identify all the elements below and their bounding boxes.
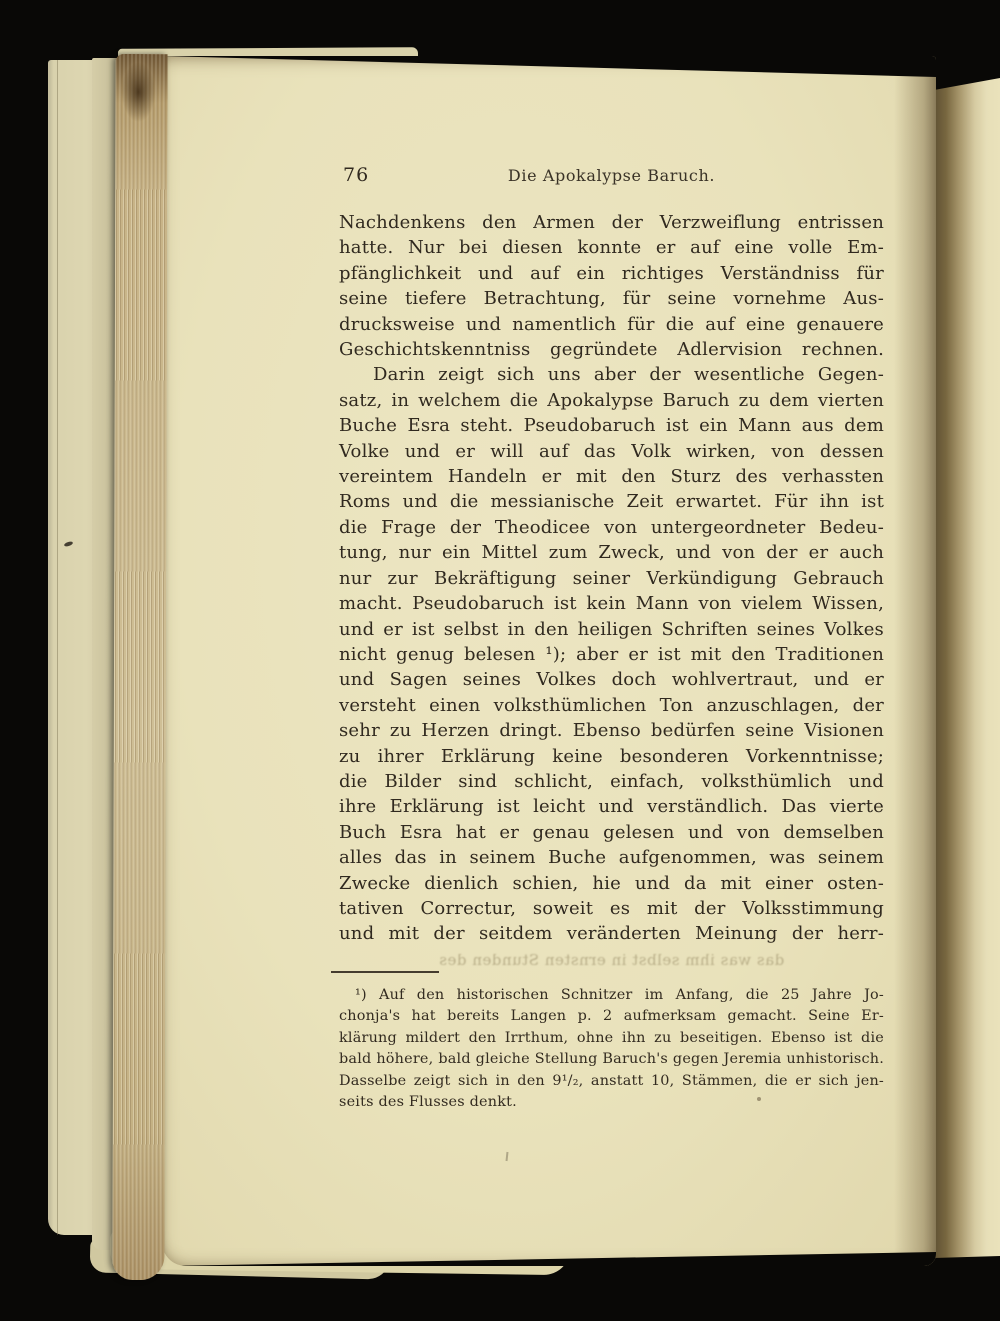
body-text-line: Geschichtskenntniss gegründete Adlervisi… (339, 337, 884, 362)
body-text-line: vereintem Handeln er mit den Sturz des v… (339, 464, 884, 489)
body-text-line: macht. Pseudobaruch ist kein Mann von vi… (339, 591, 884, 616)
running-head: Die Apokalypse Baruch. (339, 163, 884, 185)
body-text-block: Nachdenkens den Armen der Verzweiflung e… (339, 210, 884, 947)
body-text-line: zu ihrer Erklärung keine besonderen Vork… (339, 744, 884, 769)
body-text-line: sehr zu Herzen dringt. Ebenso bedürfen s… (339, 718, 884, 743)
body-text-line: Nachdenkens den Armen der Verzweiflung e… (339, 210, 884, 235)
body-text-line: tung, nur ein Mittel zum Zweck, und von … (339, 540, 884, 565)
body-text-line: hatte. Nur bei diesen konnte er auf eine… (339, 235, 884, 260)
body-text-line: tativen Correctur, soweit es mit der Vol… (339, 896, 884, 921)
body-text-line: satz, in welchem die Apokalypse Baruch z… (339, 388, 884, 413)
body-text-line: alles das in seinem Buche aufgenommen, w… (339, 845, 884, 870)
footnote-block: ¹) Auf den historischen Schnitzer im Anf… (339, 985, 884, 1114)
body-text-line: Buch Esra hat er genau gelesen und von d… (339, 820, 884, 845)
footnote-line: Dasselbe zeigt sich in den 9¹/₂, anstatt… (339, 1071, 884, 1093)
body-text-line: nur zur Bekräftigung seiner Verkündigung… (339, 566, 884, 591)
footnote-rule (331, 971, 439, 973)
footnote-line: seits des Flusses denkt. (339, 1092, 884, 1114)
next-page-edge (934, 78, 1000, 1258)
page-bottom-edge-shadow (162, 1252, 936, 1266)
book-photo: 76 Die Apokalypse Baruch. Nachdenkens de… (0, 0, 1000, 1321)
body-text-line: ihre Erklärung ist leicht und verständli… (339, 794, 884, 819)
body-text-line: und mit der seitdem veränderten Meinung … (339, 921, 884, 946)
body-text-line: Darin zeigt sich uns aber der wesentlich… (339, 362, 884, 387)
footnote-line: klärung mildert den Irrthum, ohne ihn zu… (339, 1028, 884, 1050)
body-text-line: drucksweise und namentlich für die auf e… (339, 312, 884, 337)
body-text-line: die Bilder sind schlicht, einfach, volks… (339, 769, 884, 794)
body-text-line: Zwecke dienlich schien, hie und da mit e… (339, 871, 884, 896)
page-header: 76 Die Apokalypse Baruch. (339, 163, 884, 187)
body-text-line: nicht genug belesen ¹); aber er ist mit … (339, 642, 884, 667)
page-top-edge-shadow (162, 56, 936, 77)
body-text-line: Roms und die messianische Zeit erwartet.… (339, 489, 884, 514)
body-text-line: versteht einen volksthümlichen Ton anzus… (339, 693, 884, 718)
page-number: 76 (343, 164, 369, 186)
footnote-line: chonja's hat bereits Langen p. 2 aufmerk… (339, 1006, 884, 1028)
body-text-line: die Frage der Theodicee von untergeordne… (339, 515, 884, 540)
fore-edge-stack (112, 54, 167, 1280)
gutter-shadow (894, 56, 936, 1266)
footnote-line: ¹) Auf den historischen Schnitzer im Anf… (339, 985, 884, 1007)
body-text-line: und Sagen seines Volkes doch wohlvertrau… (339, 667, 884, 692)
body-text-line: und er ist selbst in den heiligen Schrif… (339, 617, 884, 642)
paper-speck (757, 1097, 761, 1101)
body-text-line: Buche Esra steht. Pseudobaruch ist ein M… (339, 413, 884, 438)
footnote-line: bald höhere, bald gleiche Stellung Baruc… (339, 1049, 884, 1071)
body-text-line: pfänglichkeit und auf ein richtiges Vers… (339, 261, 884, 286)
printed-content: 76 Die Apokalypse Baruch. Nachdenkens de… (339, 163, 884, 1114)
book-page: 76 Die Apokalypse Baruch. Nachdenkens de… (162, 56, 936, 1266)
paper-speck (506, 1152, 509, 1161)
body-text-line: Volke und er will auf das Volk wirken, v… (339, 439, 884, 464)
body-text-line: seine tiefere Betrachtung, für seine vor… (339, 286, 884, 311)
